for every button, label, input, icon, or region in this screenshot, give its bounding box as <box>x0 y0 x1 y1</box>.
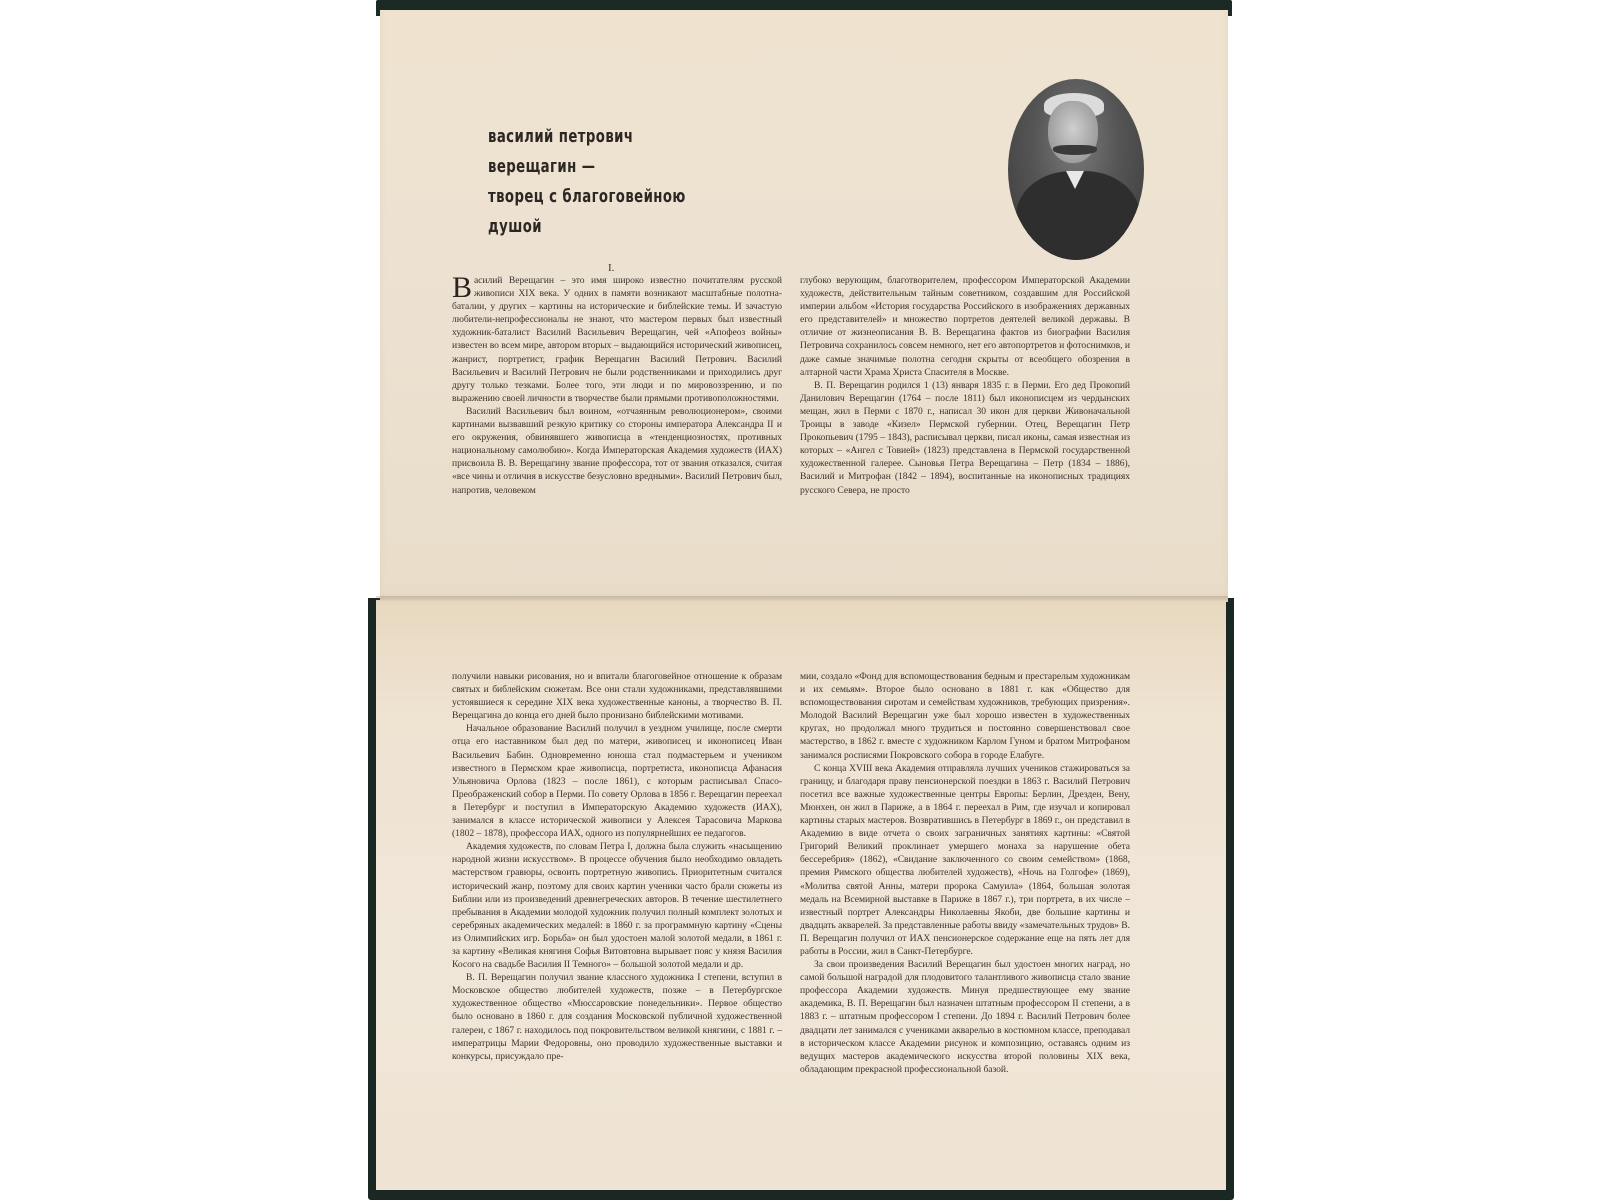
title-line-2: творец с благоговейною душой <box>488 182 718 242</box>
paragraph: В. П. Верещагин родился 1 (13) января 18… <box>800 379 1130 497</box>
paragraph: получили навыки рисования, но и впитали … <box>452 670 782 722</box>
paragraph: мии, создало «Фонд для вспомоществования… <box>800 670 1130 762</box>
paragraph: Академия художеств, по словам Петра I, д… <box>452 840 782 971</box>
paragraph: В. П. Верещагин получил звание классного… <box>452 971 782 1063</box>
bottom-right-column: мии, создало «Фонд для вспомоществования… <box>800 670 1130 1076</box>
paragraph: глубоко верующим, благотворителем, профе… <box>800 274 1130 379</box>
paragraph: Начальное образование Василий получил в … <box>452 722 782 840</box>
page-fold-shadow <box>376 596 1228 602</box>
paragraph: Василий Верещагин – это имя широко извес… <box>452 274 782 405</box>
top-left-column: Василий Верещагин – это имя широко извес… <box>452 274 782 497</box>
paragraph-text: асилий Верещагин – это имя широко извест… <box>452 275 782 404</box>
portrait-photo <box>1008 79 1144 260</box>
paragraph: Василий Васильевич был воином, «отчаянны… <box>452 405 782 497</box>
portrait-body <box>1016 171 1140 260</box>
drop-cap: В <box>452 276 472 300</box>
section-number: I. <box>608 262 614 274</box>
top-right-column: глубоко верующим, благотворителем, профе… <box>800 274 1130 497</box>
paragraph: С конца XVIII века Академия отправляла л… <box>800 762 1130 958</box>
paragraph: За свои произведения Василий Верещагин б… <box>800 958 1130 1076</box>
bottom-left-column: получили навыки рисования, но и впитали … <box>452 670 782 1063</box>
article-title: Василий Петрович Верещагин — творец с бл… <box>488 122 718 242</box>
portrait-moustache <box>1053 145 1097 155</box>
title-line-1: Василий Петрович Верещагин — <box>488 122 718 182</box>
